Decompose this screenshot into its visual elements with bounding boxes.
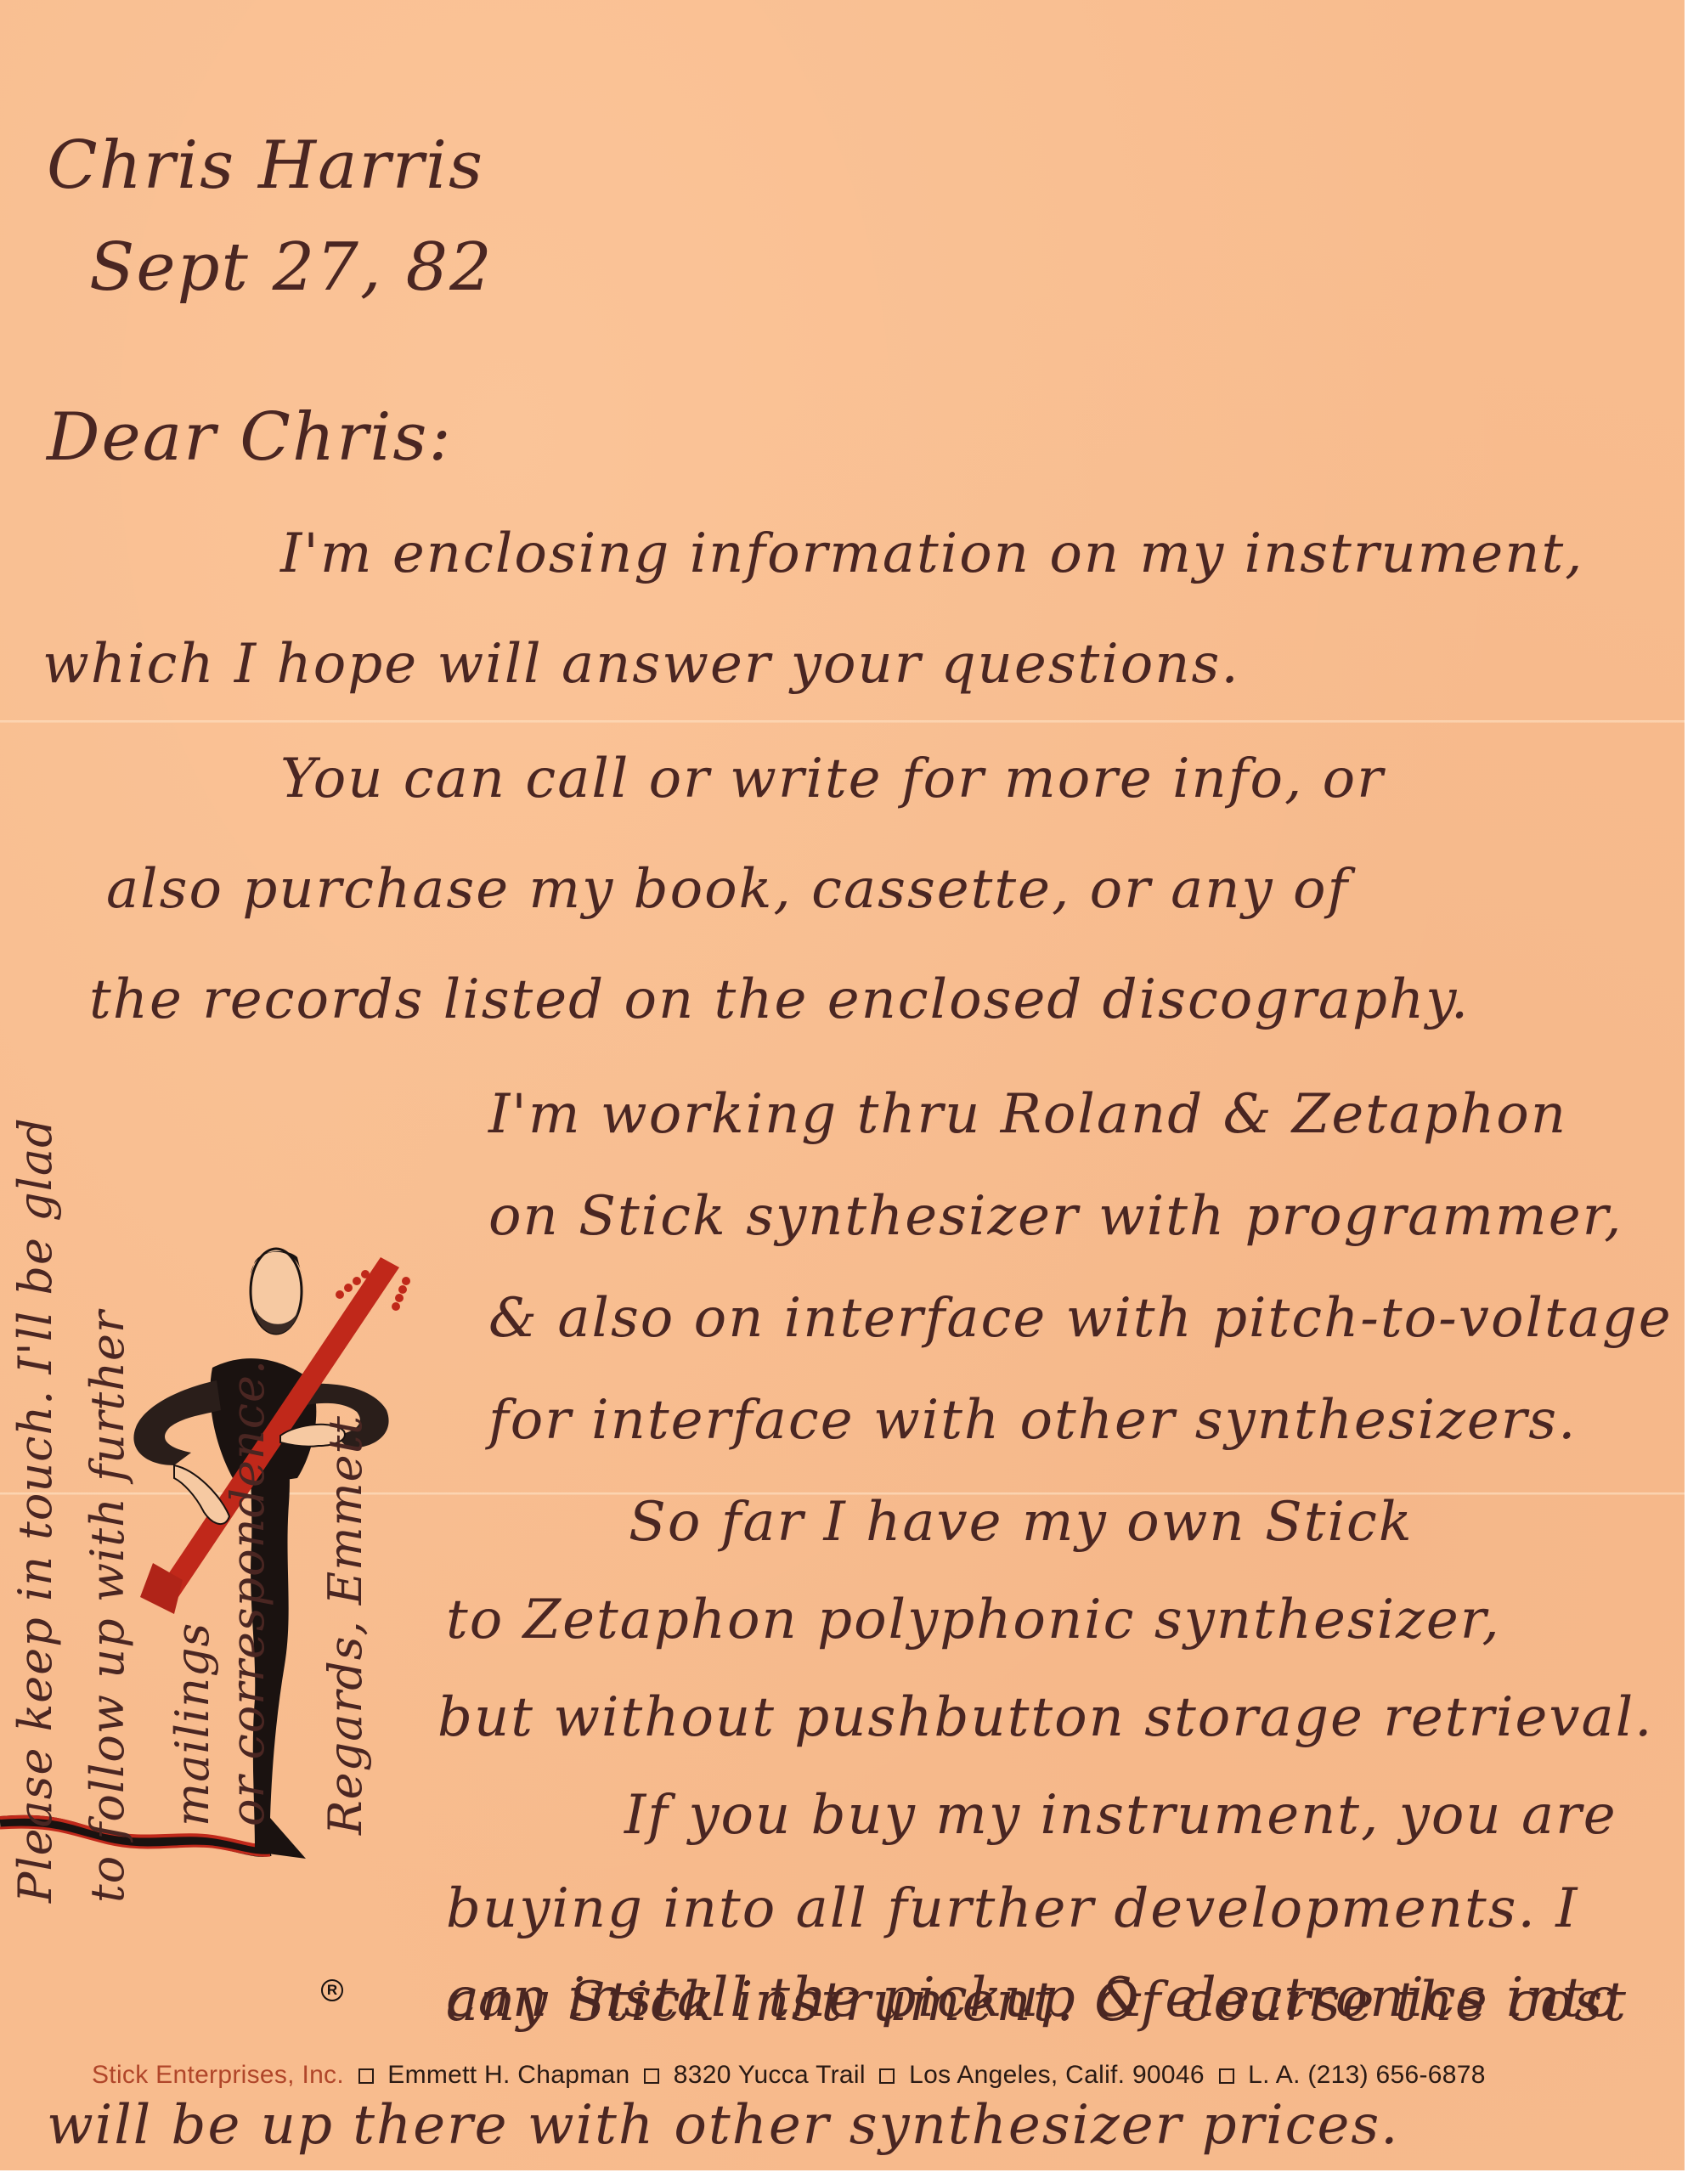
margin-note: Please keep in touch. I'll be glad [8, 1117, 62, 1903]
body-line: also purchase my book, cassette, or any … [106, 858, 1349, 921]
body-line: any Stick instrument. Of course the cost [446, 1971, 1628, 2034]
box-separator-icon [644, 2068, 659, 2084]
body-line: but without pushbutton storage retrieval… [437, 1686, 1654, 1749]
body-line: which I hope will answer your questions. [42, 633, 1240, 696]
letterhead-phone: L. A. (213) 656-6878 [1248, 2061, 1486, 2089]
body-line: If you buy my instrument, you are [624, 1784, 1617, 1847]
company-name: Stick Enterprises, Inc. [92, 2061, 344, 2089]
margin-note: to follow up with further [81, 1310, 134, 1903]
body-line: will be up there with other synthesizer … [47, 2094, 1400, 2157]
body-line: You can call or write for more info, or [280, 748, 1385, 810]
body-line: on Stick synthesizer with programmer, [488, 1185, 1623, 1248]
recipient-name: Chris Harris [47, 127, 484, 204]
letterhead-footer: Stick Enterprises, Inc. Emmett H. Chapma… [92, 2061, 1486, 2090]
body-line: & also on interface with pitch-to-voltag… [488, 1287, 1673, 1350]
signature: Regards, Emmett [319, 1415, 372, 1835]
body-line: the records listed on the enclosed disco… [89, 968, 1470, 1031]
box-separator-icon [879, 2068, 895, 2084]
margin-note: mailings [166, 1622, 219, 1826]
letterhead-city: Los Angeles, Calif. 90046 [909, 2061, 1205, 2089]
body-line: I'm working thru Roland & Zetaphon [488, 1083, 1567, 1146]
salutation: Dear Chris: [47, 399, 453, 476]
margin-note: or correspondence. [221, 1359, 274, 1826]
letter-date: Sept 27, 82 [89, 229, 494, 306]
box-separator-icon [358, 2068, 374, 2084]
body-line: for interface with other synthesizers. [488, 1389, 1577, 1452]
letterhead-person: Emmett H. Chapman [387, 2061, 629, 2089]
body-line: So far I have my own Stick [629, 1491, 1414, 1554]
letter-paper: Chris Harris Sept 27, 82 Dear Chris: I'm… [0, 0, 1685, 2170]
letterhead-street: 8320 Yucca Trail [674, 2061, 866, 2089]
fold-line-upper [0, 720, 1685, 723]
registered-trademark-icon: R [321, 1979, 343, 2001]
body-line: to Zetaphon polyphonic synthesizer, [446, 1589, 1501, 1651]
body-line: buying into all further developments. I [446, 1877, 1578, 1940]
body-line: I'm enclosing information on my instrume… [280, 522, 1584, 585]
box-separator-icon [1219, 2068, 1234, 2084]
